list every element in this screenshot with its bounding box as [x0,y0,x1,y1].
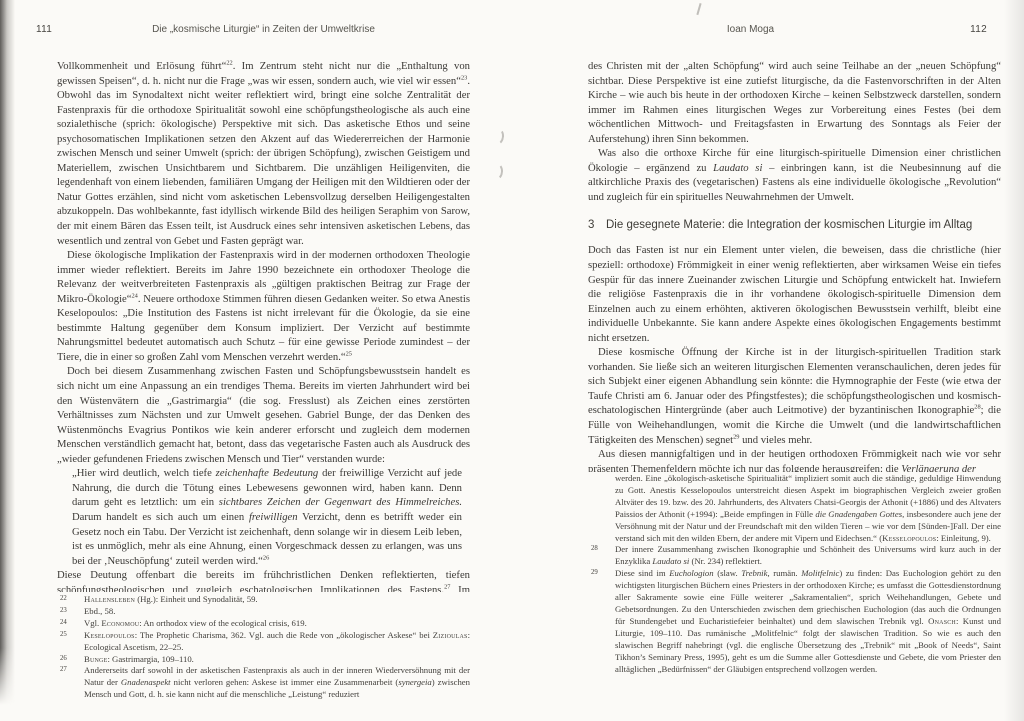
author-name-smallcaps: Hallensleben [84,594,135,604]
author-name-smallcaps: Keselopoulos [84,630,135,640]
scan-stray-mark [696,3,701,15]
paragraph: Diese ökologische Implikation der Fasten… [57,249,470,365]
footnote-number: 23 [60,605,67,617]
footnote-number: 24 [60,617,67,629]
footnote-text: werden. Eine „ökologisch-asketische Spir… [615,473,1001,543]
emphasis-italic: Verlängerung der [901,464,976,472]
footnote-number: 22 [60,593,67,605]
author-name-smallcaps: Zizioulas [433,630,468,640]
footnote-text: Diese sind im Euchologion (slaw. Trebnik… [615,568,1001,673]
author-name-smallcaps: Kesselopoulos [882,533,936,543]
left-page-body: Vollkommenheit und Erlösung führt“22. Im… [57,60,470,592]
emphasis-italic: Gnadenaspekt [121,677,171,687]
footnote-number: 26 [60,653,67,665]
footnote-text: Keselopoulos: The Prophetic Charisma, 36… [84,630,470,652]
paragraph: Doch das Fasten ist nur ein Element unte… [588,244,1001,346]
footnote: 22Hallensleben (Hg.): Einheit und Synoda… [57,594,470,606]
footnote-marker: 27 [444,583,450,590]
right-page: 112 Ioan Moga des Christen mit der „alte… [588,24,1001,714]
binding-mark-bottom [489,163,503,181]
emphasis-italic: Trebnik [741,568,767,578]
right-page-footnotes: werden. Eine „ökologisch-asketische Spir… [588,473,1001,675]
footnote-text: Andererseits darf sowohl in der asketisc… [84,665,470,699]
footnote: 23Ebd., 58. [57,606,470,618]
paragraph: Was also die orthoxe Kirche für eine lit… [588,147,1001,205]
footnote-text: Bunge: Gastrimargia, 109–110. [84,654,194,664]
section-title: Die gesegnete Materie: die Integration d… [606,219,972,231]
author-name-smallcaps: Bunge [84,654,107,664]
left-page-footnotes: 22Hallensleben (Hg.): Einheit und Synoda… [57,594,470,701]
footnote-marker: 26 [263,554,269,561]
emphasis-italic: synergeia [398,677,431,687]
emphasis-italic: die Gnadengaben Gottes [815,509,902,519]
footnote-number: 28 [591,543,598,555]
emphasis-italic: freiwilligen [249,512,298,523]
emphasis-italic: Laudato si [713,163,762,174]
block-quote: „Hier wird deutlich, welch tiefe zeichen… [72,467,462,569]
page-number-right: 112 [970,24,987,35]
emphasis-italic: Euchologion [669,568,713,578]
footnote-marker: 29 [733,433,739,440]
paragraph: Doch bei diesem Zusammenhang zwischen Fa… [57,365,470,467]
footnote: 26Bunge: Gastrimargia, 109–110. [57,654,470,666]
footnote-marker: 28 [974,404,980,411]
left-page: 111 Die „kosmische Liturgie“ in Zeiten d… [57,24,470,714]
footnote-number: 25 [60,629,67,641]
right-page-body: des Christen mit der „alten Schöpfung“ w… [588,60,1001,472]
footnote: 28Der innere Zusammenhang zwischen Ikono… [588,544,1001,568]
footnote-marker: 22 [226,60,232,66]
footnote-marker: 24 [131,292,137,299]
emphasis-italic: Laudato si [652,556,689,566]
footnote-text: Der innere Zusammenhang zwischen Ikonogr… [615,544,1001,566]
paragraph: des Christen mit der „alten Schöpfung“ w… [588,60,1001,147]
paragraph: Diese kosmische Öffnung der Kirche ist i… [588,346,1001,448]
author-name-smallcaps: Economou [101,618,139,628]
scan-edge-shadow-left [0,0,15,712]
footnote-text: Vgl. Economou: An orthodox view of the e… [84,618,307,628]
emphasis-italic: sichtbares Zeichen der Gegenwart des Him… [219,497,462,508]
footnote: 27Andererseits darf sowohl in der asketi… [57,665,470,701]
page-number-left: 111 [36,24,52,35]
footnote: 25Keselopoulos: The Prophetic Charisma, … [57,630,470,654]
footnote-text: Ebd., 58. [84,606,115,616]
scan-edge-shadow-right [1004,0,1024,721]
footnote: 29Diese sind im Euchologion (slaw. Trebn… [588,568,1001,675]
paragraph: Diese Deutung offenbart die bereits im f… [57,569,470,592]
running-header-right: Ioan Moga [544,24,957,35]
section-heading: 3Die gesegnete Materie: die Integration … [588,218,1001,232]
binding-mark-top [490,127,505,146]
running-header-left: Die „kosmische Liturgie“ in Zeiten der U… [57,24,470,35]
paragraph: Vollkommenheit und Erlösung führt“22. Im… [57,60,470,249]
author-name-smallcaps: Onasch [928,616,956,626]
footnote-number: 27 [60,664,67,676]
emphasis-italic: Molitfelnic [801,568,839,578]
footnote-number: 29 [591,567,598,579]
footnote-text: Hallensleben (Hg.): Einheit und Synodali… [84,594,258,604]
footnote-marker: 23 [461,74,467,81]
footnote-marker: 25 [346,350,352,357]
section-number: 3 [588,218,606,232]
emphasis-italic: zeichenhafte Bedeutung [216,468,319,479]
paragraph: Aus diesen mannigfaltigen und in der heu… [588,448,1001,472]
footnote: 24Vgl. Economou: An orthodox view of the… [57,618,470,630]
footnote: werden. Eine „ökologisch-asketische Spir… [588,473,1001,544]
